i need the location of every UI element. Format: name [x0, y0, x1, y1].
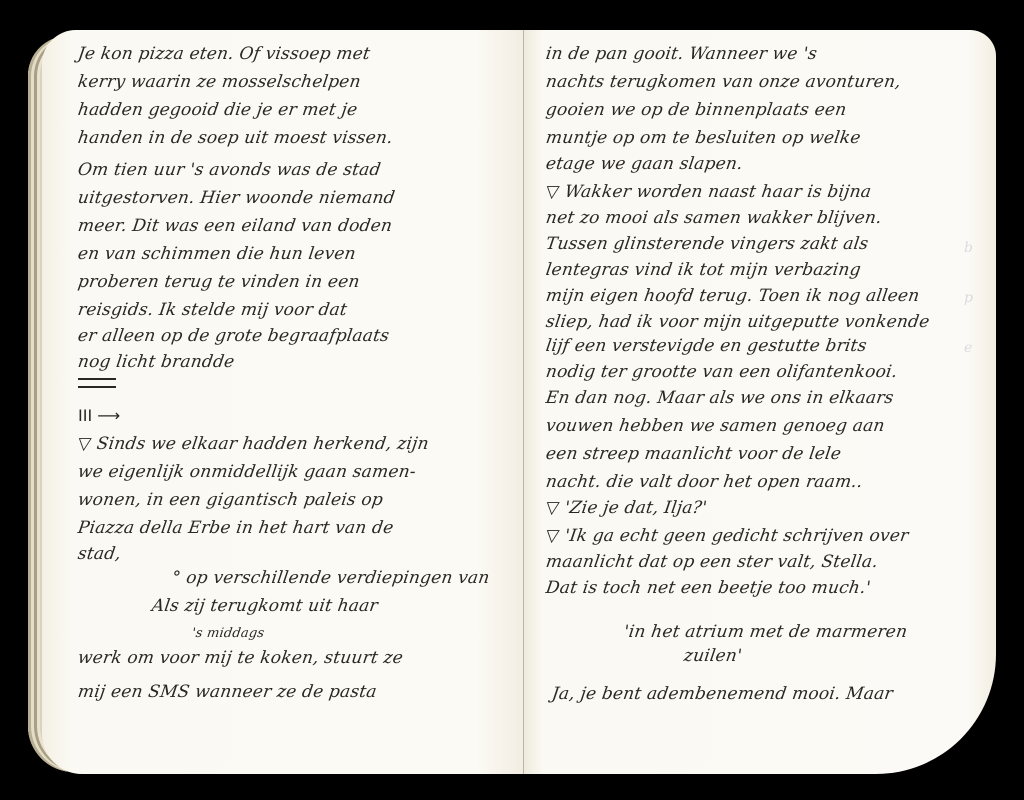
handwritten-line: Ja, je bent adembenemend mooi. Maar — [551, 684, 895, 704]
handwritten-line: nodig ter grootte van een olifantenkooi. — [545, 362, 899, 382]
handwritten-line: ▽ Sinds we elkaar hadden herkend, zijn — [77, 434, 431, 454]
handwritten-line: er alleen op de grote begraafplaats — [77, 326, 391, 346]
handwritten-line: vouwen hebben we samen genoeg aan — [545, 416, 886, 436]
handwritten-line: werk om voor mij te koken, stuurt ze — [77, 648, 405, 668]
handwritten-line: reisgids. Ik stelde mij voor dat — [77, 300, 349, 320]
caption-line: 'in het atrium met de marmeren — [623, 622, 909, 642]
handwritten-line: handen in de soep uit moest vissen. — [77, 128, 394, 148]
caption-line: zuilen' — [683, 646, 744, 666]
handwritten-line: muntje op om te besluiten op welke — [545, 128, 862, 148]
handwritten-line: hadden gegooid die je er met je — [77, 100, 359, 120]
handwritten-line: Om tien uur 's avonds was de stad — [77, 160, 382, 180]
ink-bleed-through: p — [964, 290, 973, 306]
left-page: Je kon pizza eten. Of vissoep met kerry … — [42, 30, 524, 774]
handwritten-line: Als zij terugkomt uit haar — [151, 596, 380, 616]
handwritten-line: proberen terug te vinden in een — [77, 272, 361, 292]
dialogue-line: Dat is toch net een beetje too much.' — [545, 578, 872, 598]
handwritten-line: Je kon pizza eten. Of vissoep met — [77, 44, 372, 64]
handwritten-line: kerry waarin ze mosselschelpen — [77, 72, 362, 92]
handwritten-line: we eigenlijk onmiddellijk gaan samen- — [77, 462, 418, 482]
handwritten-line: een streep maanlicht voor de lele — [545, 444, 843, 464]
handwritten-line: nog licht brandde — [77, 352, 236, 372]
handwritten-line: lijf een verstevigde en gestutte brits — [545, 336, 868, 356]
ink-bleed-through: b — [964, 240, 973, 256]
dialogue-line: ▽ 'Zie je dat, Ilja?' — [545, 498, 709, 518]
handwritten-line: mijn eigen hoofd terug. Toen ik nog alle… — [545, 286, 921, 306]
handwritten-line: meer. Dit was een eiland van doden — [77, 216, 394, 236]
handwritten-line: etage we gaan slapen. — [545, 154, 744, 174]
handwritten-line: nacht. die valt door het open raam.. — [545, 472, 864, 492]
handwritten-line: en van schimmen die hun leven — [77, 244, 358, 264]
insertion-note: 's middags — [191, 626, 265, 641]
handwritten-line: stad, — [77, 544, 123, 564]
handwritten-line: Piazza della Erbe in het hart van de — [77, 518, 395, 538]
right-page: in de pan gooit. Wanneer we 's nachts te… — [524, 30, 996, 774]
handwritten-line: net zo mooi als samen wakker blijven. — [545, 208, 883, 228]
handwritten-line: gooien we op de binnenplaats een — [545, 100, 848, 120]
insertion-note: ° op verschillende verdiepingen van — [171, 568, 491, 588]
handwritten-line: nachts terugkomen van onze avonturen, — [545, 72, 903, 92]
handwritten-line: Tussen glinsterende vingers zakt als — [545, 234, 870, 254]
handwritten-line: sliep, had ik voor mijn uitgeputte vonke… — [545, 312, 931, 332]
handwritten-line: En dan nog. Maar als we ons in elkaars — [545, 388, 895, 408]
handwritten-line: uitgestorven. Hier woonde niemand — [77, 188, 397, 208]
handwritten-line: lentegras vind ik tot mijn verbazing — [545, 260, 863, 280]
handwritten-line: wonen, in een gigantisch paleis op — [77, 490, 385, 510]
dialogue-line: ▽ 'Ik ga echt geen gedicht schrijven ove… — [545, 526, 910, 546]
open-notebook: Je kon pizza eten. Of vissoep met kerry … — [28, 30, 998, 776]
ink-bleed-through: e — [964, 340, 972, 356]
dialogue-line: maanlicht dat op een ster valt, Stella. — [545, 552, 880, 572]
section-marker-arrow: III ⟶ — [78, 406, 120, 425]
handwritten-line: in de pan gooit. Wanneer we 's — [545, 44, 819, 64]
handwritten-line: mij een SMS wanneer ze de pasta — [77, 682, 379, 702]
handwritten-line: ▽ Wakker worden naast haar is bijna — [545, 182, 873, 202]
section-divider — [78, 378, 116, 388]
